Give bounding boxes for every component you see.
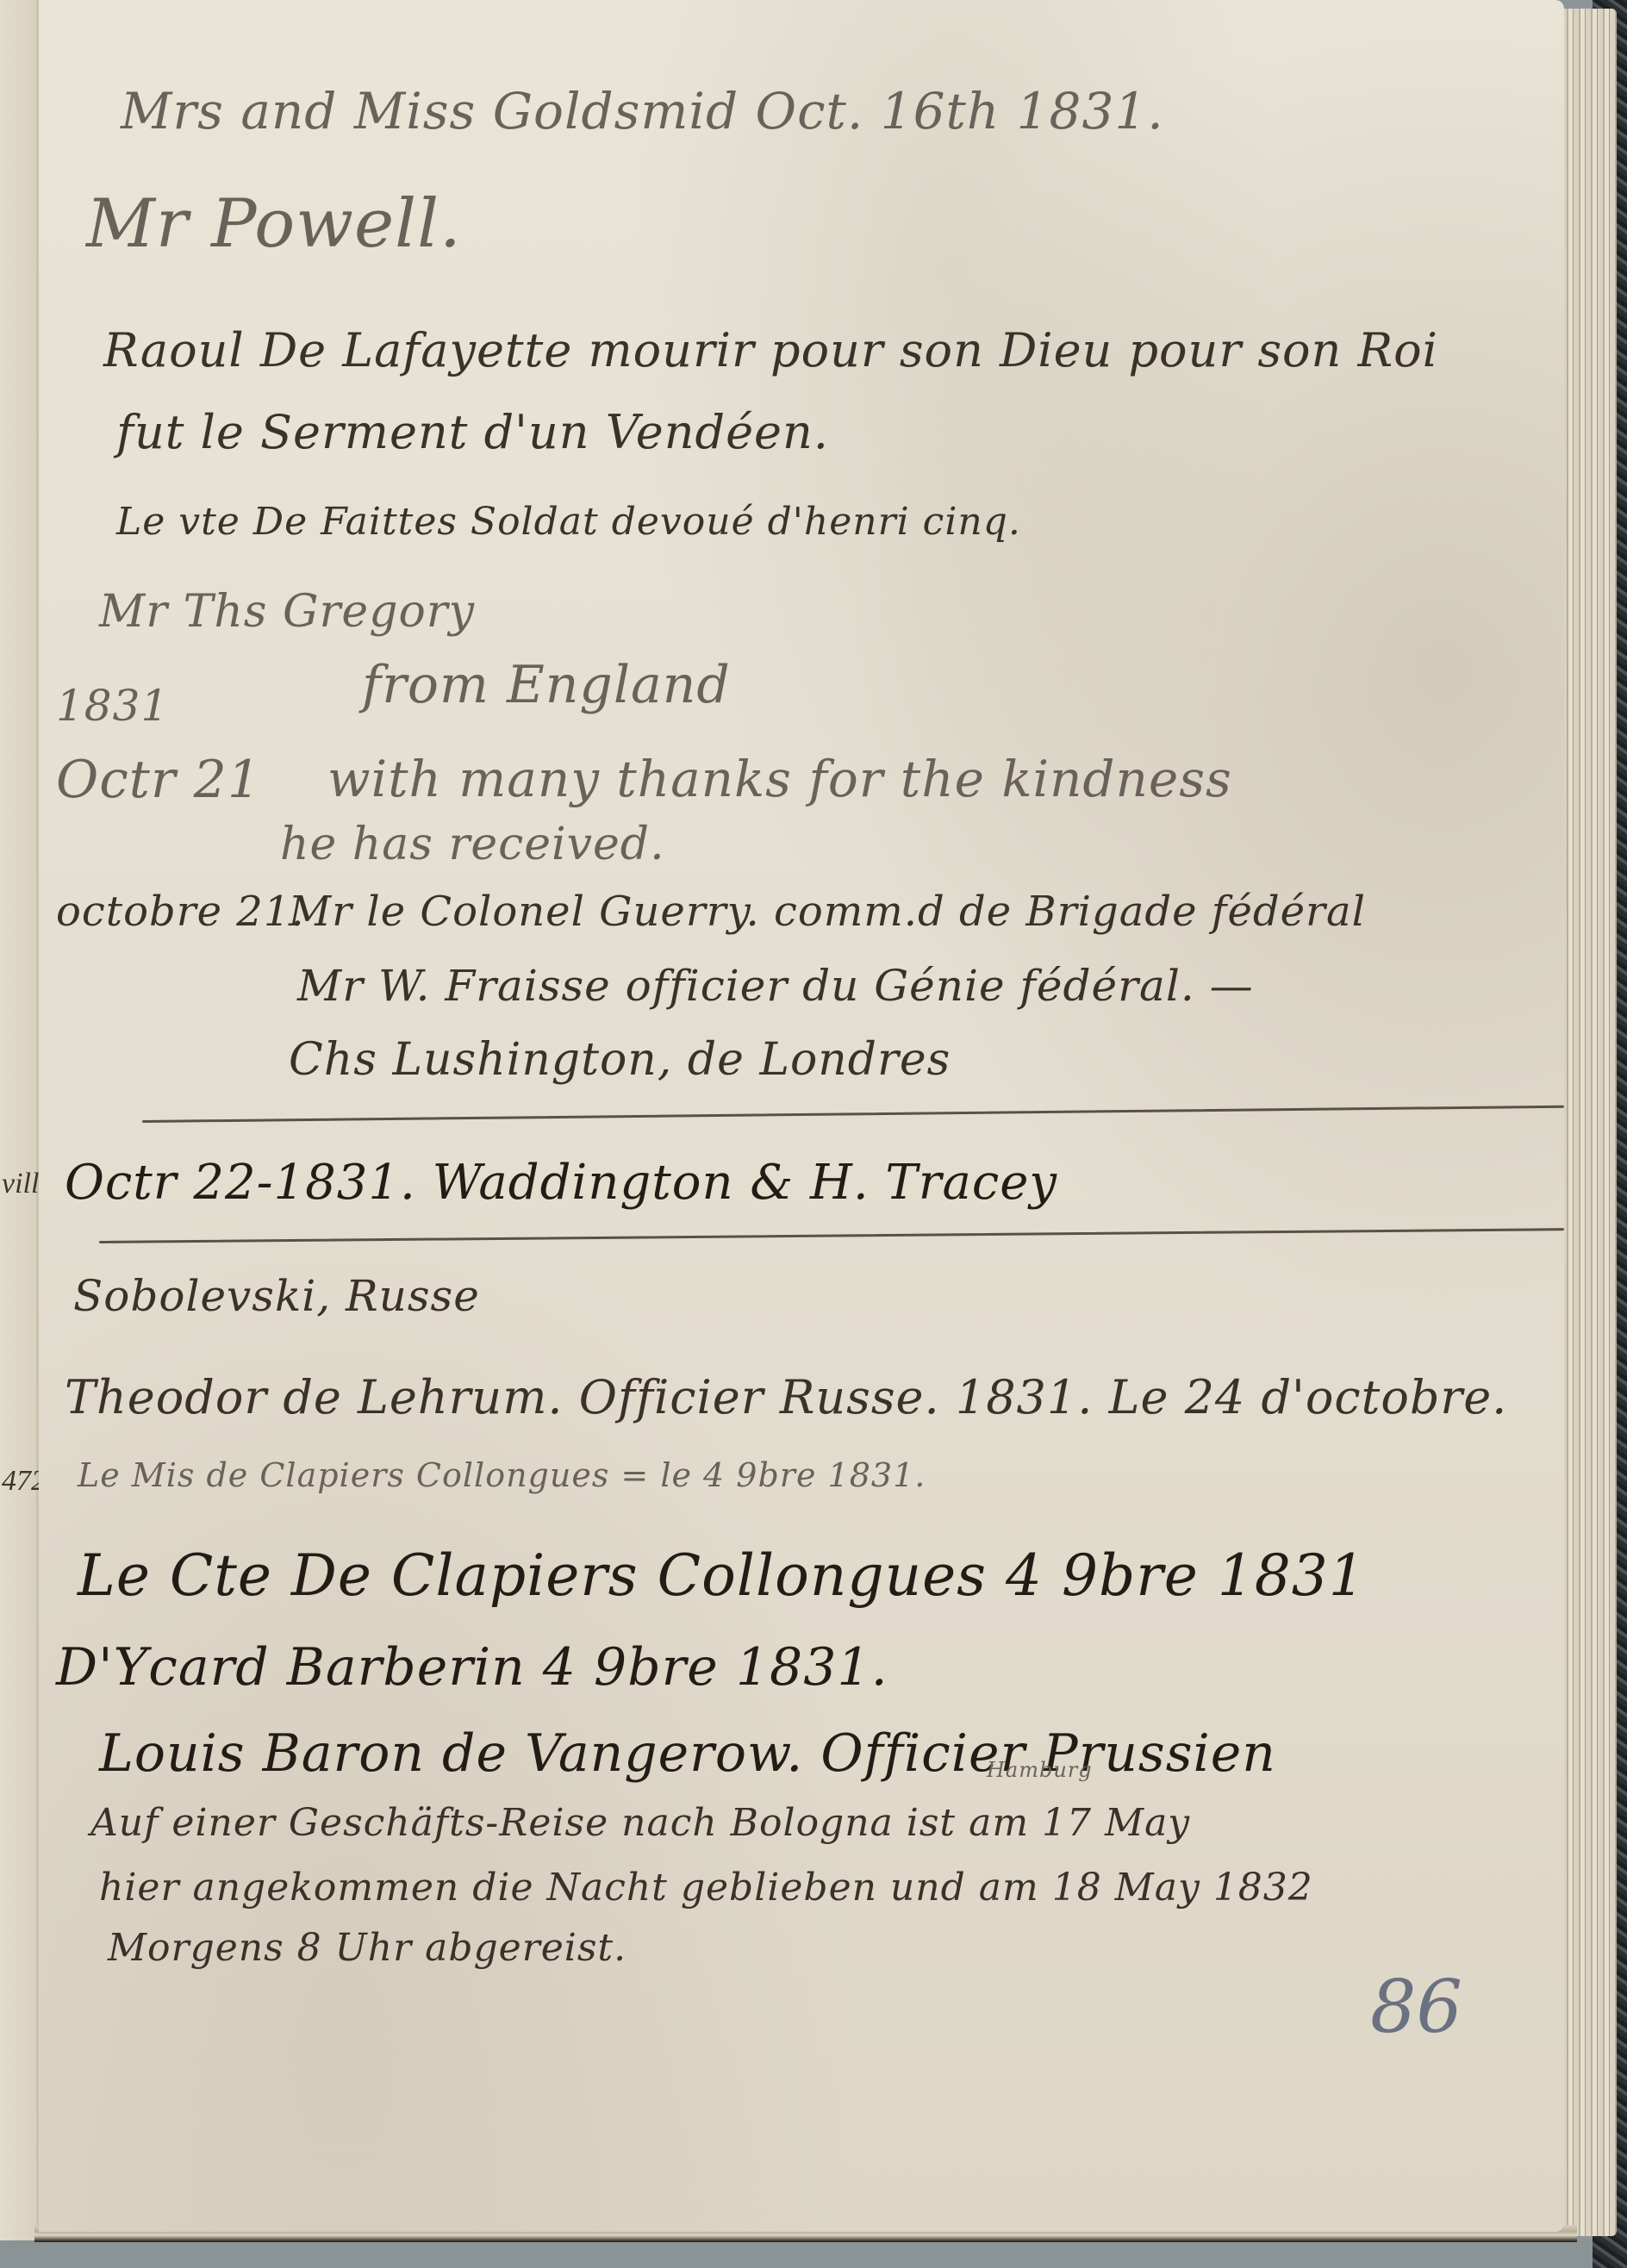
entry-gregory: Mr Ths Gregory [99, 586, 475, 638]
divider-rule [142, 1106, 1564, 1123]
entry-guerry-date: octobre 21. [56, 888, 305, 936]
entry-ycard: D'Ycard Barberin 4 9bre 1831. [56, 1637, 888, 1698]
background-strip [0, 2240, 1627, 2268]
entry-goldsmid: Mrs and Miss Goldsmid Oct. 16th 1831. [121, 82, 1164, 140]
entry-clapiers: Le Cte De Clapiers Collongues 4 9bre 183… [78, 1542, 1366, 1609]
entry-year: 1831 [56, 681, 169, 731]
entry-fraisse: Mr W. Fraisse officier du Génie fédéral.… [297, 961, 1254, 1011]
page-stack-edge [1562, 9, 1617, 2236]
entry-oct21-date: Octr 21 [56, 750, 261, 810]
entry-german-line2: hier angekommen die Nacht geblieben und … [99, 1866, 1313, 1910]
entry-german-line3: Morgens 8 Uhr abgereist. [108, 1926, 626, 1970]
entry-theodor: Theodor de Lehrum. Officier Russe. 1831.… [65, 1370, 1507, 1424]
entry-raoul-line1: Raoul De Lafayette mourir pour son Dieu … [103, 323, 1438, 377]
entry-raoul-line3: Le vte De Faittes Soldat devoué d'henri … [116, 500, 1021, 544]
entry-sobolevski: Sobolevski, Russe [73, 1271, 480, 1321]
entry-from-england: from England [362, 655, 731, 715]
page-number: 86 [1370, 1965, 1462, 2049]
divider-rule [99, 1228, 1564, 1243]
entry-powell: Mr Powell. [86, 185, 462, 263]
entry-raoul-line2: fut le Serment d'un Vendéen. [116, 405, 829, 459]
facing-page-fragment: ville 472 [0, 0, 39, 2240]
entry-vangerow: Louis Baron de Vangerow. Officier Prussi… [99, 1723, 1276, 1784]
entry-german-line1: Auf einer Geschäfts-Reise nach Bologna i… [90, 1801, 1190, 1845]
entry-lushington: Chs Lushington, de Londres [289, 1034, 951, 1086]
interlinear-note: Hamburg [987, 1758, 1093, 1782]
entry-waddington: Octr 22-1831. Waddington & H. Tracey [65, 1155, 1057, 1211]
manuscript-page: Mrs and Miss Goldsmid Oct. 16th 1831. Mr… [39, 0, 1564, 2232]
entry-guerry: Mr le Colonel Guerry. comm.d de Brigade … [289, 888, 1366, 936]
entry-received: he has received. [280, 819, 665, 870]
entry-thanks: with many thanks for the kindness [327, 750, 1232, 808]
entry-clapiers-small: Le Mis de Clapiers Collongues = le 4 9br… [78, 1456, 926, 1494]
